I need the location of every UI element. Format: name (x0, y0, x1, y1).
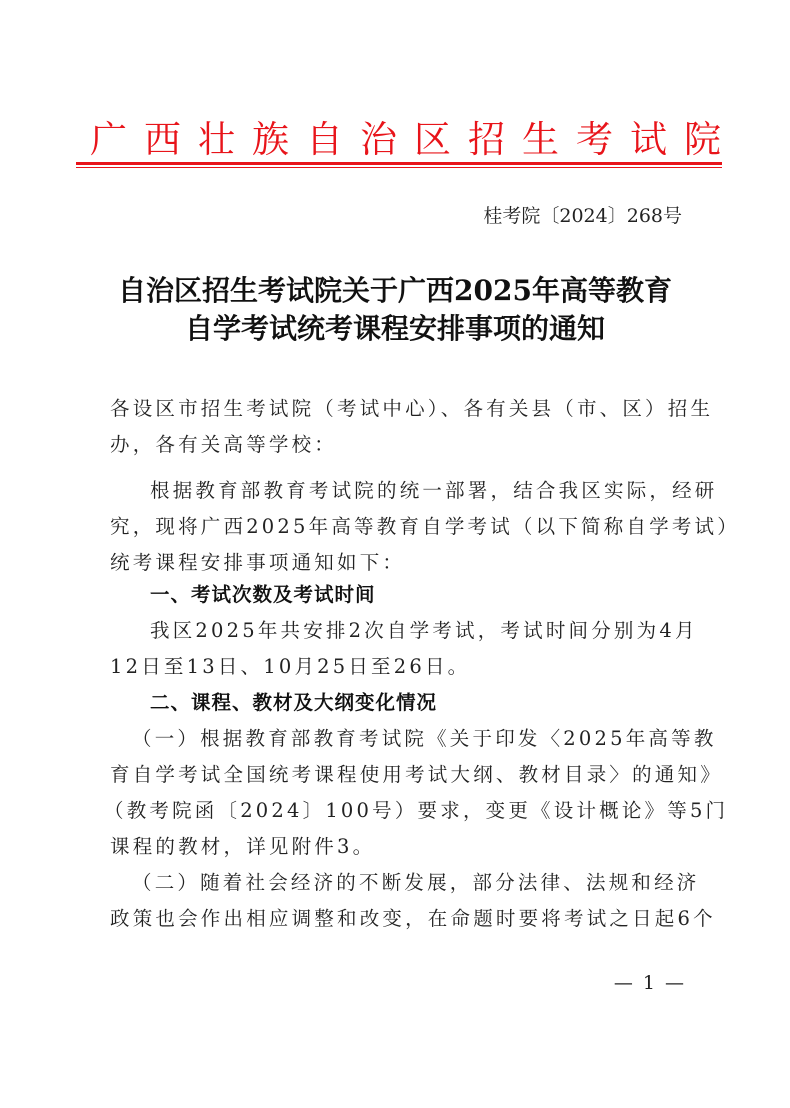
intro-line-2: 究，现将广西2025年高等教育自学考试（以下简称自学考试） (110, 509, 688, 545)
salutation-line-2: 办，各有关高等学校： (110, 427, 688, 463)
document-number: 桂考院〔2024〕268号 (483, 203, 682, 229)
document-title-line-1: 自治区招生考试院关于广西2025年高等教育 (90, 272, 700, 310)
document-title-line-2: 自学考试统考课程安排事项的通知 (90, 310, 700, 348)
red-rule-thick-divider (76, 162, 722, 165)
intro-line-3: 统考课程安排事项通知如下： (110, 545, 688, 581)
section-2: 二、课程、教材及大纲变化情况 （一）根据教育部教育考试院《关于印发〈2025年高… (110, 685, 688, 937)
section-2-item-1-line-3: （教考院函〔2024〕100号）要求，变更《设计概论》等5门 (104, 793, 688, 829)
section-2-item-2-line-2: 政策也会作出相应调整和改变，在命题时要将考试之日起6个 (110, 901, 688, 937)
section-1-line-2: 12日至13日、10月25日至26日。 (110, 649, 688, 685)
section-1-line-1: 我区2025年共安排2次自学考试，考试时间分别为4月 (110, 613, 688, 649)
page-number: — 1 — (614, 970, 686, 996)
section-2-item-2-line-1: （二）随着社会经济的不断发展，部分法律、法规和经济 (110, 865, 688, 901)
section-1-heading: 一、考试次数及考试时间 (110, 577, 688, 613)
intro-paragraph: 根据教育部教育考试院的统一部署，结合我区实际，经研 究，现将广西2025年高等教… (110, 473, 688, 581)
salutation-line-1: 各设区市招生考试院（考试中心）、各有关县（市、区）招生 (110, 391, 688, 427)
document-page: 广西壮族自治区招生考试院 桂考院〔2024〕268号 自治区招生考试院关于广西2… (0, 0, 790, 1108)
section-2-heading: 二、课程、教材及大纲变化情况 (110, 685, 688, 721)
section-1: 一、考试次数及考试时间 我区2025年共安排2次自学考试，考试时间分别为4月 1… (110, 577, 688, 685)
document-title: 自治区招生考试院关于广西2025年高等教育 自学考试统考课程安排事项的通知 (90, 272, 700, 348)
red-rule-thin-divider (76, 167, 722, 168)
salutation: 各设区市招生考试院（考试中心）、各有关县（市、区）招生 办，各有关高等学校： (110, 391, 688, 463)
section-2-item-1-line-1: （一）根据教育部教育考试院《关于印发〈2025年高等教 (110, 721, 688, 757)
intro-line-1: 根据教育部教育考试院的统一部署，结合我区实际，经研 (110, 473, 688, 509)
section-2-item-1-line-4: 课程的教材，详见附件3。 (110, 829, 688, 865)
section-2-item-1-line-2: 育自学考试全国统考课程使用考试大纲、教材目录〉的通知》 (110, 757, 688, 793)
organization-header: 广西壮族自治区招生考试院 (76, 118, 722, 162)
